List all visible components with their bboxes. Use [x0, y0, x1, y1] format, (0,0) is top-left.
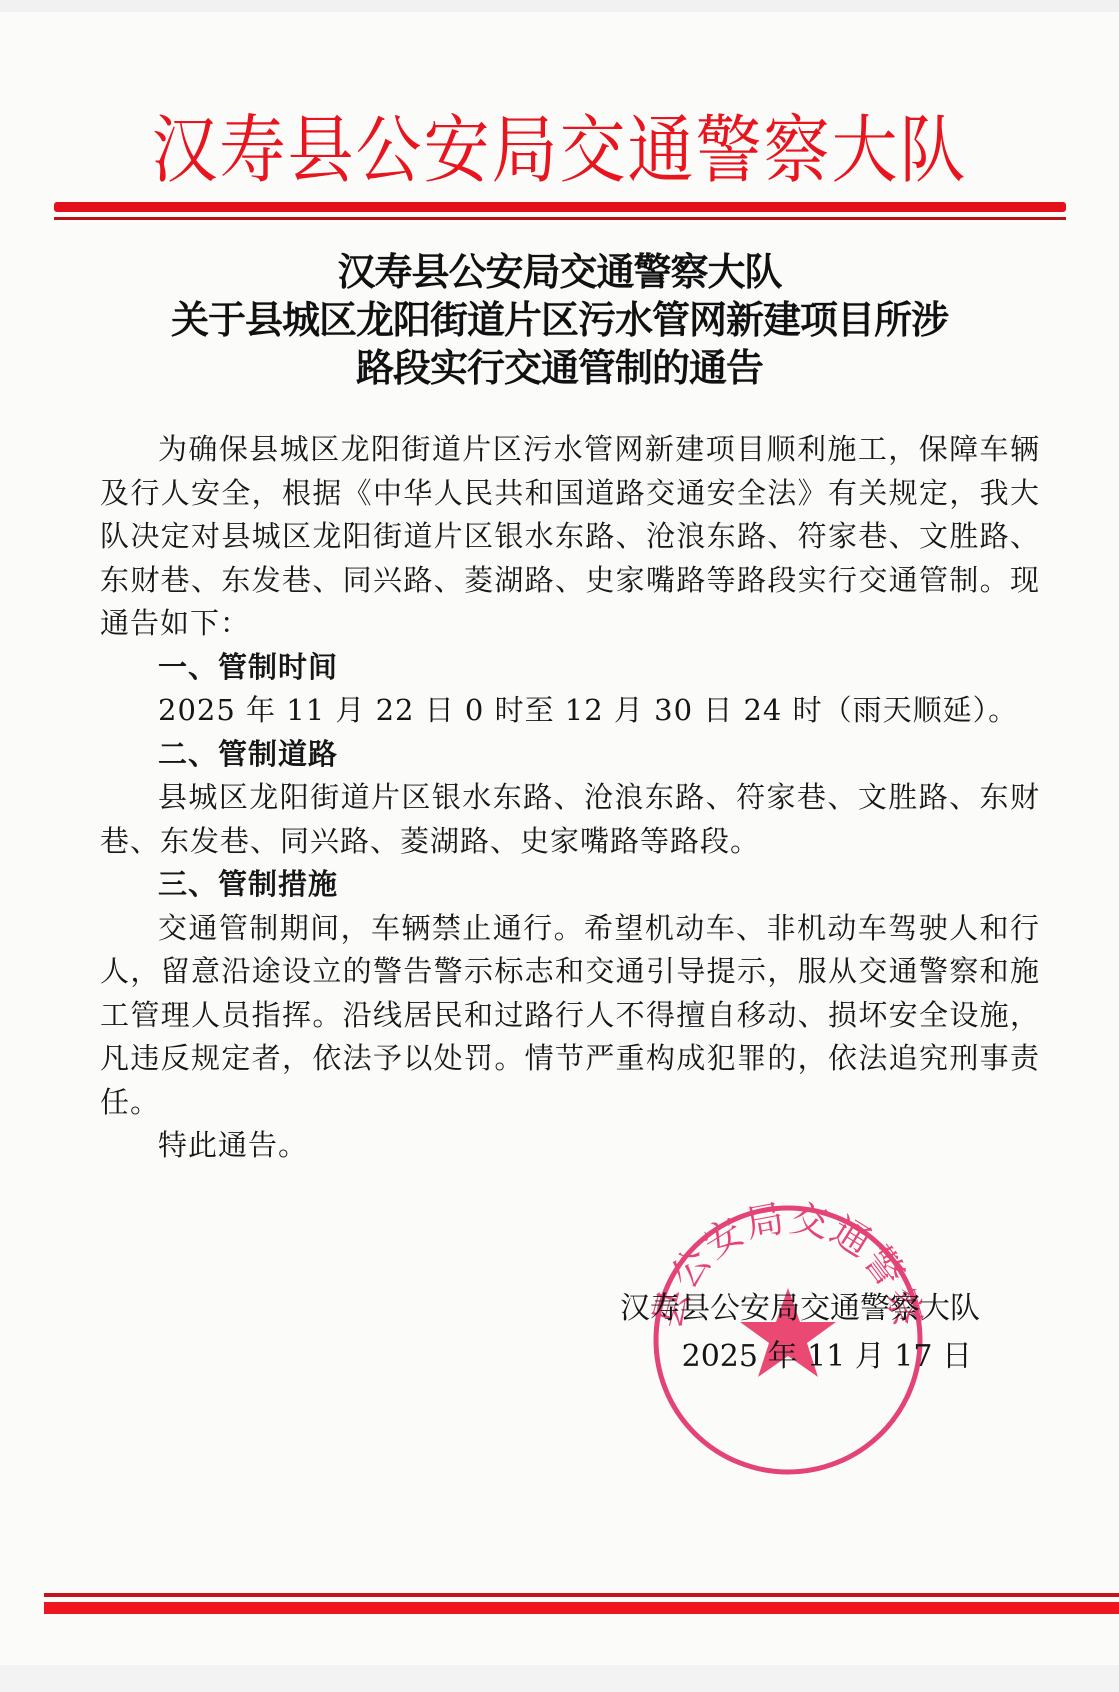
issuer-name: 汉寿县公安局交通警察大队 [560, 1285, 980, 1333]
signature-block: 汉寿县公安局交通警察大队 2025 年 11 月 17 日 [560, 1285, 980, 1381]
letterhead-org-name: 汉寿县公安局交通警察大队 [0, 106, 1119, 196]
section-heading-measures: 三、管制措施 [100, 863, 1040, 907]
section-heading-roads: 二、管制道路 [100, 733, 1040, 777]
section-heading-time: 一、管制时间 [100, 646, 1040, 690]
letterhead-thick-rule [54, 202, 1066, 212]
title-line-3: 路段实行交通管制的通告 [0, 344, 1119, 392]
closing-line: 特此通告。 [100, 1124, 1040, 1168]
section-text-time: 2025 年 11 月 22 日 0 时至 12 月 30 日 24 时（雨天顺… [100, 689, 1040, 733]
document-body: 为确保县城区龙阳街道片区污水管网新建项目顺利施工，保障车辆及行人安全，根据《中华… [100, 428, 1040, 1168]
title-line-2: 关于县城区龙阳街道片区污水管网新建项目所涉 [0, 296, 1119, 344]
footer-thin-rule [44, 1593, 1119, 1597]
document-title: 汉寿县公安局交通警察大队 关于县城区龙阳街道片区污水管网新建项目所涉 路段实行交… [0, 248, 1119, 392]
issue-date: 2025 年 11 月 17 日 [560, 1333, 980, 1381]
intro-paragraph: 为确保县城区龙阳街道片区污水管网新建项目顺利施工，保障车辆及行人安全，根据《中华… [100, 428, 1040, 646]
scan-top-edge [0, 0, 1119, 12]
title-line-1: 汉寿县公安局交通警察大队 [0, 248, 1119, 296]
scan-bottom-edge [0, 1665, 1119, 1692]
footer-thick-rule [44, 1602, 1119, 1614]
section-text-measures: 交通管制期间，车辆禁止通行。希望机动车、非机动车驾驶人和行人，留意沿途设立的警告… [100, 907, 1040, 1125]
section-text-roads: 县城区龙阳街道片区银水东路、沧浪东路、符家巷、文胜路、东财巷、东发巷、同兴路、菱… [100, 776, 1040, 863]
letterhead-thin-rule [54, 217, 1066, 220]
